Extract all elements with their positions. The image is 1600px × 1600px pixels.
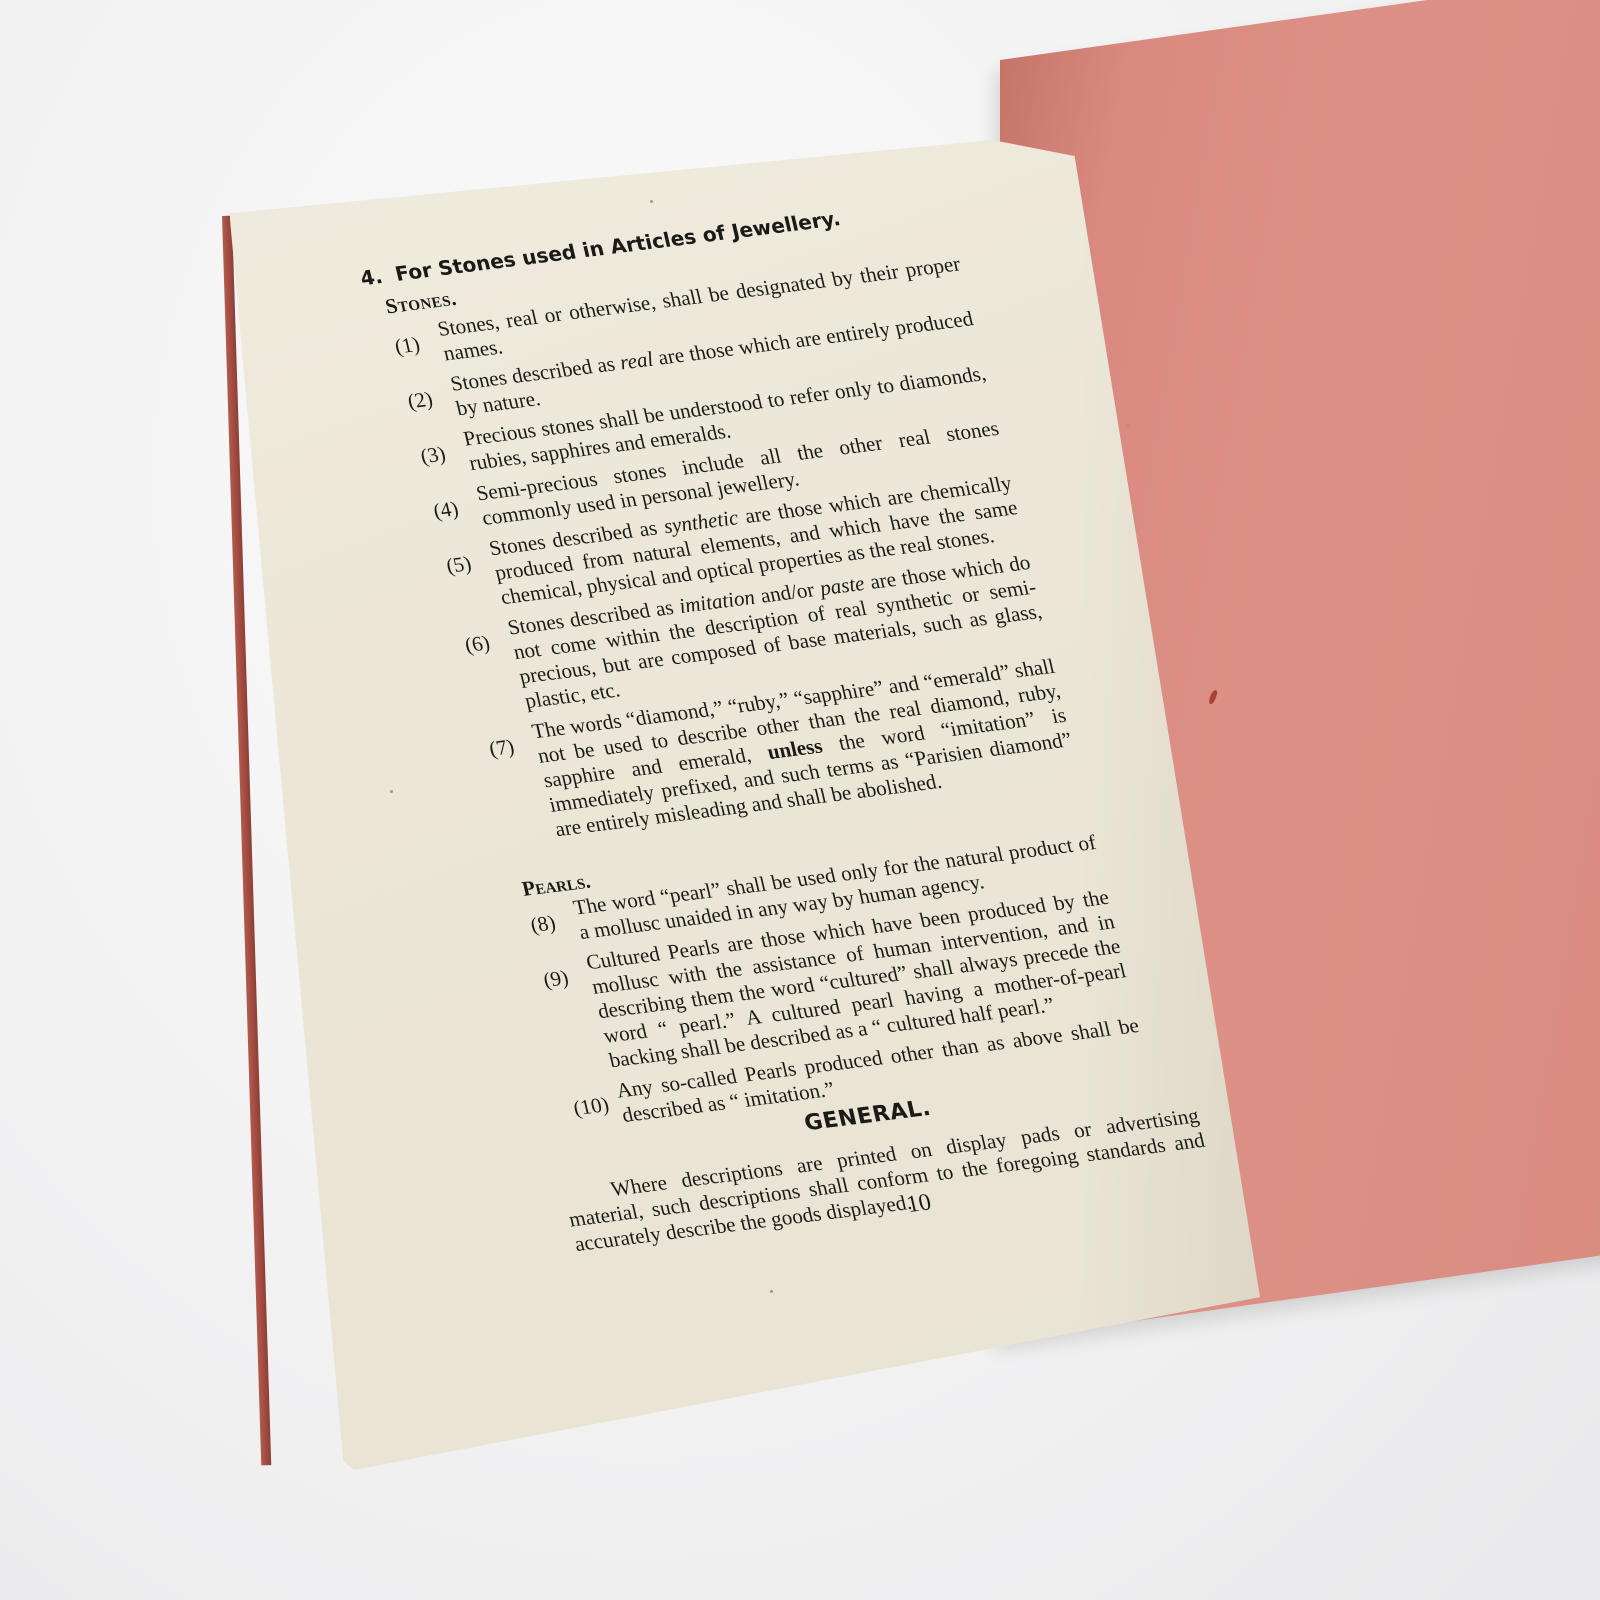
section-number: 4. — [358, 263, 392, 291]
photo-background: 4. For Stones used in Articles of Jewell… — [0, 0, 1600, 1600]
stones-section: Stones. (1)Stones, real or otherwise, sh… — [383, 223, 1176, 1256]
emphasized-term: real — [617, 347, 655, 375]
paper-speck — [390, 790, 393, 793]
cover-stain — [1208, 690, 1218, 705]
stones-list: (1)Stones, real or otherwise, shall be d… — [390, 252, 1081, 848]
paper-speck — [650, 200, 653, 203]
page-text: 4. For Stones used in Articles of Jewell… — [348, 193, 1176, 1260]
paper-speck — [770, 1290, 773, 1293]
